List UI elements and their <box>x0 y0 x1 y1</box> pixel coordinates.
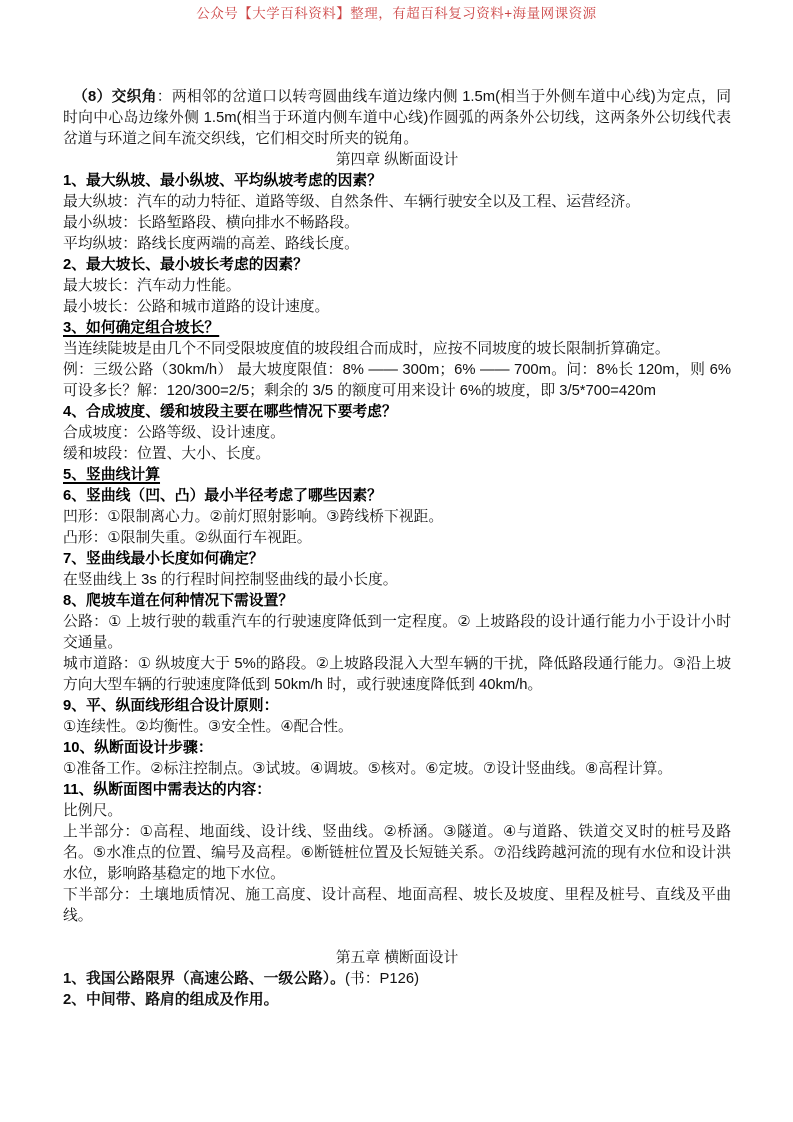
weaving-angle-term: （8）交织角 <box>73 89 157 105</box>
qa-section-4: 4、合成坡度、缓和坡段主要在哪些情况下要考虑？ 合成坡度：公路等级、设计速度。 … <box>63 402 731 465</box>
answer-line: 最大坡长：汽车动力性能。 <box>63 276 731 297</box>
answer-line: 最大纵坡：汽车的动力特征、道路等级、自然条件、车辆行驶安全以及工程、运营经济。 <box>63 192 731 213</box>
question-heading: 2、最大坡长、最小坡长考虑的因素？ <box>63 255 731 276</box>
answer-line: 城市道路：① 纵坡度大于 5%的路段。②上坡路段混入大型车辆的干扰，降低路段通行… <box>63 654 731 696</box>
question-heading-underlined: 3、如何确定组合坡长？ <box>63 320 219 336</box>
answer-line: 最小坡长：公路和城市道路的设计速度。 <box>63 297 731 318</box>
question-heading: 7、竖曲线最小长度如何确定？ <box>63 549 731 570</box>
promo-header-text: 公众号【大学百科资料】整理，有超百科复习资料+海量网课资源 <box>0 5 793 23</box>
question-heading: 10、纵断面设计步骤： <box>63 738 731 759</box>
qa-section-9: 9、平、纵面线形组合设计原则： ①连续性。②均衡性。③安全性。④配合性。 <box>63 696 731 738</box>
answer-line: 在竖曲线上 3s 的行程时间控制竖曲线的最小长度。 <box>63 570 731 591</box>
question-heading: 1、最大纵坡、最小纵坡、平均纵坡考虑的因素？ <box>63 171 731 192</box>
answer-line: 合成坡度：公路等级、设计速度。 <box>63 423 731 444</box>
chapter5-item-1: 1、我国公路限界（高速公路、一级公路）。(书：P126) <box>63 969 731 990</box>
answer-line: 凹形：①限制离心力。②前灯照射影响。③跨线桥下视距。 <box>63 507 731 528</box>
qa-section-10: 10、纵断面设计步骤： ①准备工作。②标注控制点。③试坡。④调坡。⑤核对。⑥定坡… <box>63 738 731 780</box>
answer-line: ①连续性。②均衡性。③安全性。④配合性。 <box>63 717 731 738</box>
answer-line: 下半部分：土壤地质情况、施工高度、设计高程、地面高程、坡长及坡度、里程及桩号、直… <box>63 885 731 927</box>
qa-section-3: 3、如何确定组合坡长？ 当连续陡坡是由几个不同受限坡度值的坡段组合而成时，应按不… <box>63 318 731 402</box>
question-heading: 6、竖曲线（凹、凸）最小半径考虑了哪些因素？ <box>63 486 731 507</box>
qa-section-7: 7、竖曲线最小长度如何确定？ 在竖曲线上 3s 的行程时间控制竖曲线的最小长度。 <box>63 549 731 591</box>
chapter4-title: 第四章 纵断面设计 <box>63 150 731 171</box>
answer-line: 例：三级公路（30km/h） 最大坡度限值：8% —— 300m；6% —— 7… <box>63 360 731 402</box>
qa-section-8: 8、爬坡车道在何种情况下需设置？ 公路：① 上坡行驶的载重汽车的行驶速度降低到一… <box>63 591 731 696</box>
answer-line: 凸形：①限制失重。②纵面行车视距。 <box>63 528 731 549</box>
qa-section-6: 6、竖曲线（凹、凸）最小半径考虑了哪些因素？ 凹形：①限制离心力。②前灯照射影响… <box>63 486 731 549</box>
weaving-angle-definition: ：两相邻的岔道口以转弯圆曲线车道边缘内侧 1.5m(相当于外侧车道中心线)为定点… <box>63 89 731 147</box>
answer-line: 平均纵坡：路线长度两端的高差、路线长度。 <box>63 234 731 255</box>
paragraph-weaving-angle: （8）交织角：两相邻的岔道口以转弯圆曲线车道边缘内侧 1.5m(相当于外侧车道中… <box>63 87 731 150</box>
answer-line: ①准备工作。②标注控制点。③试坡。④调坡。⑤核对。⑥定坡。⑦设计竖曲线。⑧高程计… <box>63 759 731 780</box>
answer-line: 最小纵坡：长路堑路段、横向排水不畅路段。 <box>63 213 731 234</box>
chapter5-item-2: 2、中间带、路肩的组成及作用。 <box>63 990 731 1011</box>
chapter5-title: 第五章 横断面设计 <box>63 948 731 969</box>
chapter5-item-2-heading: 2、中间带、路肩的组成及作用。 <box>63 992 278 1008</box>
question-heading: 8、爬坡车道在何种情况下需设置？ <box>63 591 731 612</box>
question-heading: 4、合成坡度、缓和坡段主要在哪些情况下要考虑？ <box>63 402 731 423</box>
question-heading: 9、平、纵面线形组合设计原则： <box>63 696 731 717</box>
question-heading: 11、纵断面图中需表达的内容： <box>63 780 731 801</box>
qa-section-5: 5、竖曲线计算 <box>63 465 731 486</box>
question-heading-underlined: 5、竖曲线计算 <box>63 467 160 483</box>
chapter5-item-1-heading: 1、我国公路限界（高速公路、一级公路）。 <box>63 971 345 987</box>
answer-line: 当连续陡坡是由几个不同受限坡度值的坡段组合而成时，应按不同坡度的坡长限制折算确定… <box>63 339 731 360</box>
answer-line: 缓和坡段：位置、大小、长度。 <box>63 444 731 465</box>
document-content: （8）交织角：两相邻的岔道口以转弯圆曲线车道边缘内侧 1.5m(相当于外侧车道中… <box>63 87 731 1011</box>
qa-section-2: 2、最大坡长、最小坡长考虑的因素？ 最大坡长：汽车动力性能。 最小坡长：公路和城… <box>63 255 731 318</box>
answer-line: 上半部分：①高程、地面线、设计线、竖曲线。②桥涵。③隧道。④与道路、铁道交叉时的… <box>63 822 731 885</box>
chapter5-item-1-note: (书：P126) <box>345 971 419 987</box>
qa-section-1: 1、最大纵坡、最小纵坡、平均纵坡考虑的因素？ 最大纵坡：汽车的动力特征、道路等级… <box>63 171 731 255</box>
qa-section-11: 11、纵断面图中需表达的内容： 比例尺。 上半部分：①高程、地面线、设计线、竖曲… <box>63 780 731 927</box>
answer-line: 公路：① 上坡行驶的载重汽车的行驶速度降低到一定程度。② 上坡路段的设计通行能力… <box>63 612 731 654</box>
answer-line: 比例尺。 <box>63 801 731 822</box>
document-page: 公众号【大学百科资料】整理，有超百科复习资料+海量网课资源 （8）交织角：两相邻… <box>0 0 793 1122</box>
